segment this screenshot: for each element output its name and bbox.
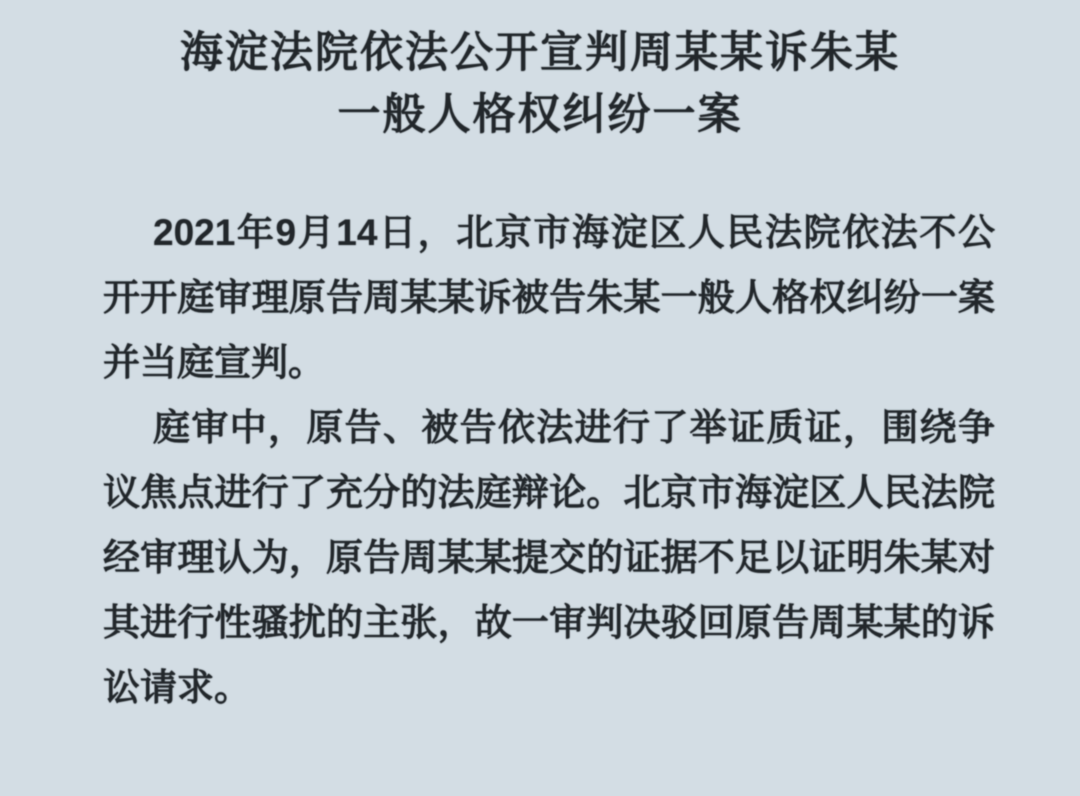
paragraph-hearing-date: 2021年9月14日，北京市海淀区人民法院依法不公开开庭审理原告周某某诉被告朱某… bbox=[103, 200, 995, 395]
paragraph-ruling: 庭审中，原告、被告依法进行了举证质证，围绕争议焦点进行了充分的法庭辩论。北京市海… bbox=[103, 395, 995, 720]
announcement-title: 海淀法院依法公开宣判周某某诉朱某 一般人格权纠纷一案 bbox=[0, 0, 1080, 146]
title-line-2: 一般人格权纠纷一案 bbox=[338, 91, 743, 139]
announcement-page: 海淀法院依法公开宣判周某某诉朱某 一般人格权纠纷一案 2021年9月14日，北京… bbox=[0, 0, 1080, 796]
announcement-body: 2021年9月14日，北京市海淀区人民法院依法不公开开庭审理原告周某某诉被告朱某… bbox=[103, 200, 995, 720]
title-line-1: 海淀法院依法公开宣判周某某诉朱某 bbox=[180, 29, 900, 77]
